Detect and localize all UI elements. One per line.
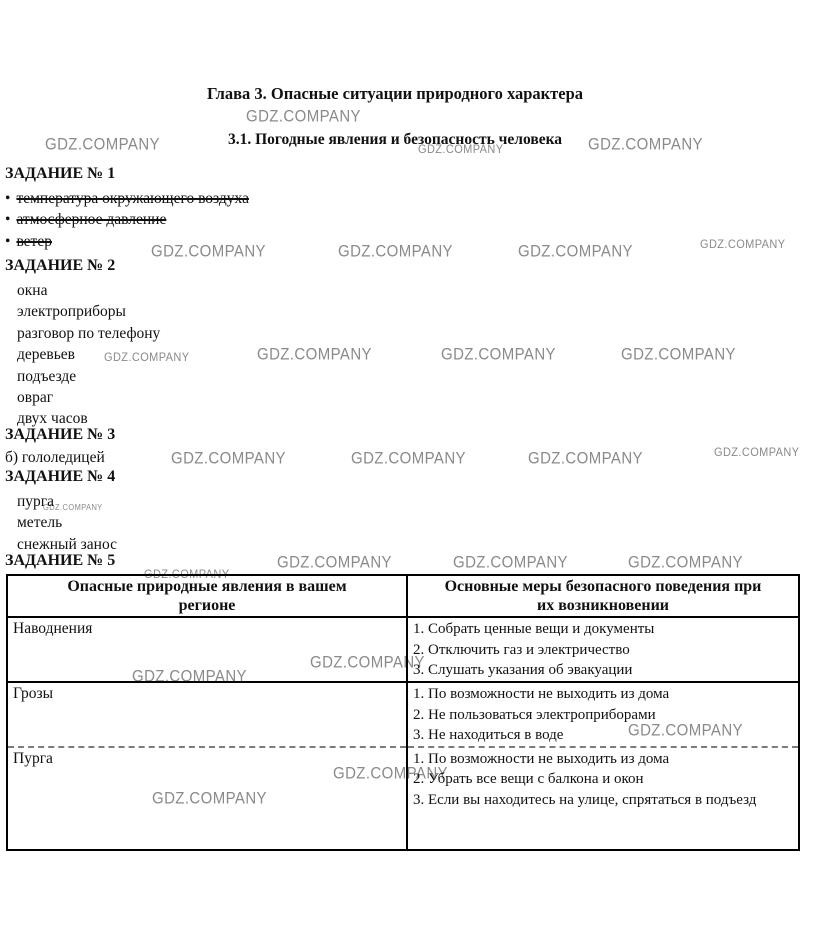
table-header-row: Опасные природные явления в вашемрегионе…: [7, 575, 799, 617]
task-answer-list: •температура окружающего воздуха•атмосфе…: [5, 188, 785, 252]
task-answer-item: метель: [17, 512, 785, 533]
table-header-line: Основные меры безопасного поведения при: [436, 578, 770, 597]
measure-line: 3. Если вы находитесь на улице, спрятать…: [413, 790, 794, 811]
task-heading: ЗАДАНИЕ № 4: [5, 467, 785, 487]
task-answer-item: пурга: [17, 491, 785, 512]
struck-text: атмосферное давление: [16, 211, 166, 228]
table-header-phenomena: Опасные природные явления в вашемрегионе: [7, 575, 407, 617]
task-section-4: ЗАДАНИЕ № 4 пургаметельснежный занос: [5, 467, 785, 555]
task-answer-item: б) гололедицей: [5, 447, 785, 468]
measure-line: 2. Убрать все вещи с балкона и окон: [413, 769, 794, 790]
task-heading: ЗАДАНИЕ № 2: [5, 256, 785, 276]
task-answer-item: разговор по телефону: [17, 323, 785, 344]
table-header-line: Опасные природные явления в вашем: [36, 578, 378, 597]
task-answer-list: окнаэлектроприборыразговор по телефонуде…: [5, 280, 785, 430]
task-heading: ЗАДАНИЕ № 1: [5, 164, 785, 184]
phenomenon-cell: Наводнения: [7, 617, 407, 682]
measures-cell: 1. По возможности не выходить из дома2. …: [407, 747, 799, 850]
task-answer-item: окна: [17, 280, 785, 301]
struck-text: температура окружающего воздуха: [16, 190, 249, 207]
bullet-marker: •: [5, 190, 10, 207]
task-section-2: ЗАДАНИЕ № 2 окнаэлектроприборыразговор п…: [5, 256, 785, 430]
task-answer-item: овраг: [17, 387, 785, 408]
task-answer-item: подъезде: [17, 366, 785, 387]
watermark-text: GDZ.COMPANY: [246, 107, 361, 125]
bullet-marker: •: [5, 211, 10, 228]
table-row: Грозы1. По возможности не выходить из до…: [7, 682, 799, 747]
answers-table: Опасные природные явления в вашемрегионе…: [6, 574, 800, 851]
task-answer-item: •ветер: [5, 231, 785, 252]
measures-cell: 1. Собрать ценные вещи и документы2. Отк…: [407, 617, 799, 682]
table-header-line: их возникновении: [436, 597, 770, 616]
table-header-line: регионе: [36, 597, 378, 616]
chapter-title: Глава 3. Опасные ситуации природного хар…: [0, 84, 790, 104]
bullet-marker: •: [5, 233, 10, 250]
measures-cell: 1. По возможности не выходить из дома2. …: [407, 682, 799, 747]
task-answer-list: пургаметельснежный занос: [5, 491, 785, 555]
task-answer-item: деревьев: [17, 344, 785, 365]
task-answer-item: •атмосферное давление: [5, 209, 785, 230]
task-section-3: ЗАДАНИЕ № 3 б) гололедицей: [5, 425, 785, 468]
measure-line: 2. Отключить газ и электричество: [413, 640, 794, 661]
phenomenon-cell: Пурга: [7, 747, 407, 850]
measure-line: 3. Слушать указания об эвакуации: [413, 660, 794, 681]
table-row: Наводнения1. Собрать ценные вещи и докум…: [7, 617, 799, 682]
task-answer-list: б) гололедицей: [5, 447, 785, 468]
measure-line: 2. Не пользоваться электроприборами: [413, 705, 794, 726]
task-answer-item: электроприборы: [17, 301, 785, 322]
measure-line: 1. По возможности не выходить из дома: [413, 684, 794, 705]
measure-line: 3. Не находиться в воде: [413, 725, 794, 746]
table-row: Пурга1. По возможности не выходить из до…: [7, 747, 799, 850]
task-section-5: ЗАДАНИЕ № 5: [5, 551, 785, 571]
section-subtitle: 3.1. Погодные явления и безопасность чел…: [0, 131, 790, 149]
task-heading: ЗАДАНИЕ № 3: [5, 425, 785, 445]
struck-text: ветер: [16, 233, 52, 250]
measure-line: 1. Собрать ценные вещи и документы: [413, 619, 794, 640]
table-body: Наводнения1. Собрать ценные вещи и докум…: [7, 617, 799, 850]
phenomenon-cell: Грозы: [7, 682, 407, 747]
task-section-1: ЗАДАНИЕ № 1 •температура окружающего воз…: [5, 164, 785, 252]
task-heading: ЗАДАНИЕ № 5: [5, 551, 785, 571]
task-answer-item: •температура окружающего воздуха: [5, 188, 785, 209]
measure-line: 1. По возможности не выходить из дома: [413, 749, 794, 770]
document-page: GDZ.COMPANYGDZ.COMPANYGDZ.COMPANYGDZ.COM…: [0, 0, 814, 934]
table-header-measures: Основные меры безопасного поведения прии…: [407, 575, 799, 617]
